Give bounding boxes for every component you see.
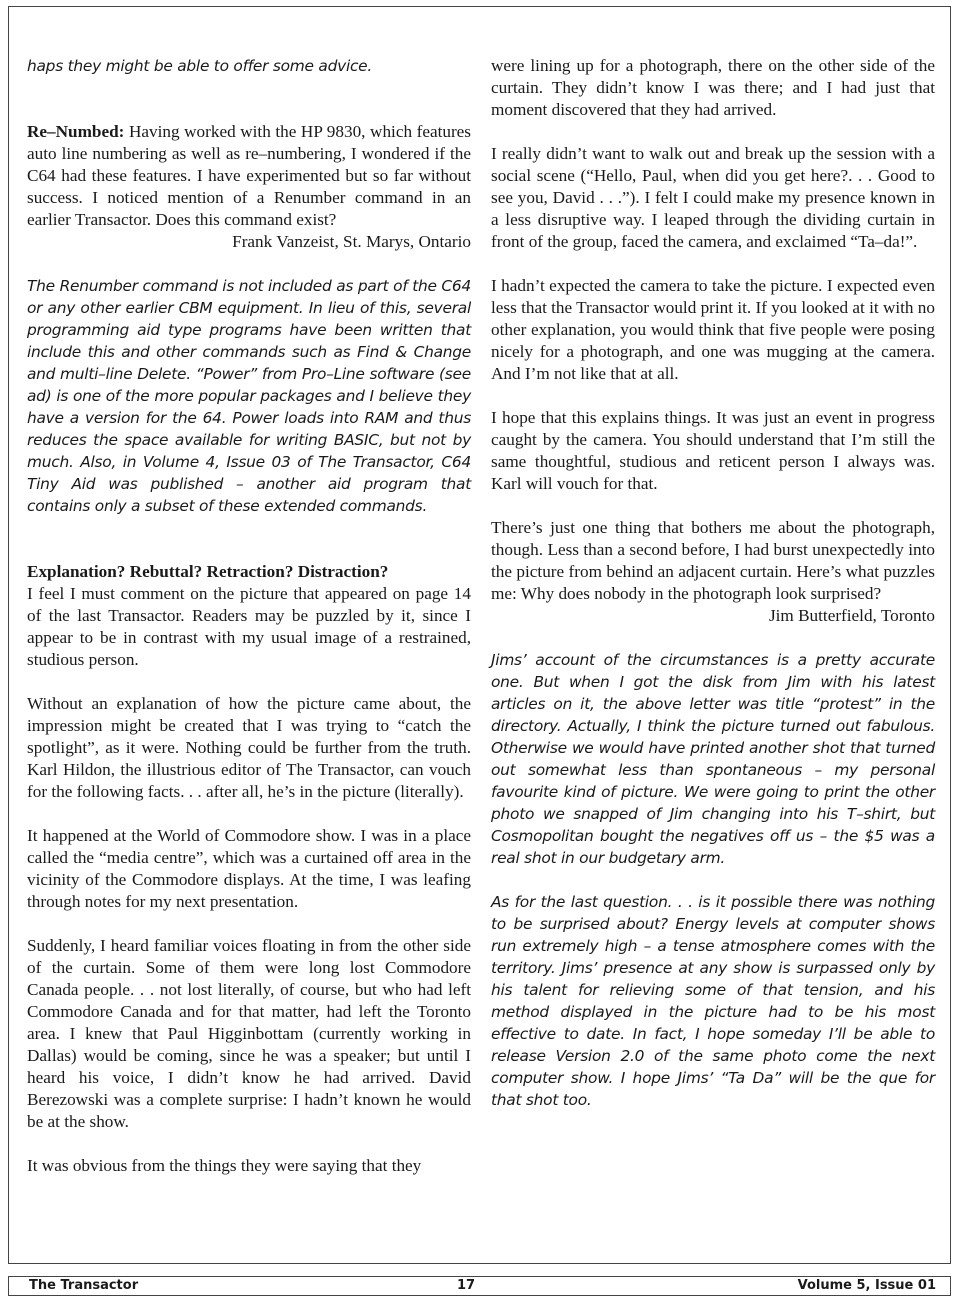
- letter-signature: Frank Vanzeist, St. Marys, Ontario: [27, 231, 471, 253]
- letter-paragraph: I hadn’t expected the camera to take the…: [491, 275, 935, 385]
- letter-paragraph: There’s just one thing that bothers me a…: [491, 518, 935, 603]
- letter-signature: Jim Butterfield, Toronto: [491, 605, 935, 627]
- letter-final-paragraph: There’s just one thing that bothers me a…: [491, 517, 935, 627]
- right-column: were lining up for a photograph, there o…: [491, 55, 935, 1133]
- letter-lead: Re–Numbed:: [27, 122, 124, 141]
- page-footer: The Transactor 17 Volume 5, Issue 01: [8, 1276, 951, 1296]
- letter-paragraph: It was obvious from the things they were…: [27, 1155, 471, 1177]
- editor-reply-paragraph: Jims’ account of the circumstances is a …: [491, 649, 935, 869]
- letter-paragraph: were lining up for a photograph, there o…: [491, 55, 935, 121]
- editor-reply-renumber: The Renumber command is not included as …: [27, 275, 471, 517]
- letter-paragraph: I hope that this explains things. It was…: [491, 407, 935, 495]
- footer-page-number: 17: [457, 1277, 475, 1294]
- footer-publication: The Transactor: [29, 1277, 138, 1294]
- letter-paragraph: Without an explanation of how the pictur…: [27, 693, 471, 803]
- footer-issue: Volume 5, Issue 01: [798, 1277, 936, 1294]
- continued-reply-text: haps they might be able to offer some ad…: [27, 55, 471, 77]
- left-column: haps they might be able to offer some ad…: [27, 55, 471, 1199]
- letter-explanation: Explanation? Rebuttal? Retraction? Distr…: [27, 561, 471, 671]
- letter-paragraph: Suddenly, I heard familiar voices floati…: [27, 935, 471, 1133]
- editor-reply-paragraph: As for the last question. . . is it poss…: [491, 891, 935, 1111]
- letter-heading: Explanation? Rebuttal? Retraction? Distr…: [27, 561, 471, 583]
- letter-paragraph: It happened at the World of Commodore sh…: [27, 825, 471, 913]
- letter-paragraph: I feel I must comment on the picture tha…: [27, 584, 471, 669]
- letter-paragraph: I really didn’t want to walk out and bre…: [491, 143, 935, 253]
- letter-renumbed: Re–Numbed: Having worked with the HP 983…: [27, 121, 471, 253]
